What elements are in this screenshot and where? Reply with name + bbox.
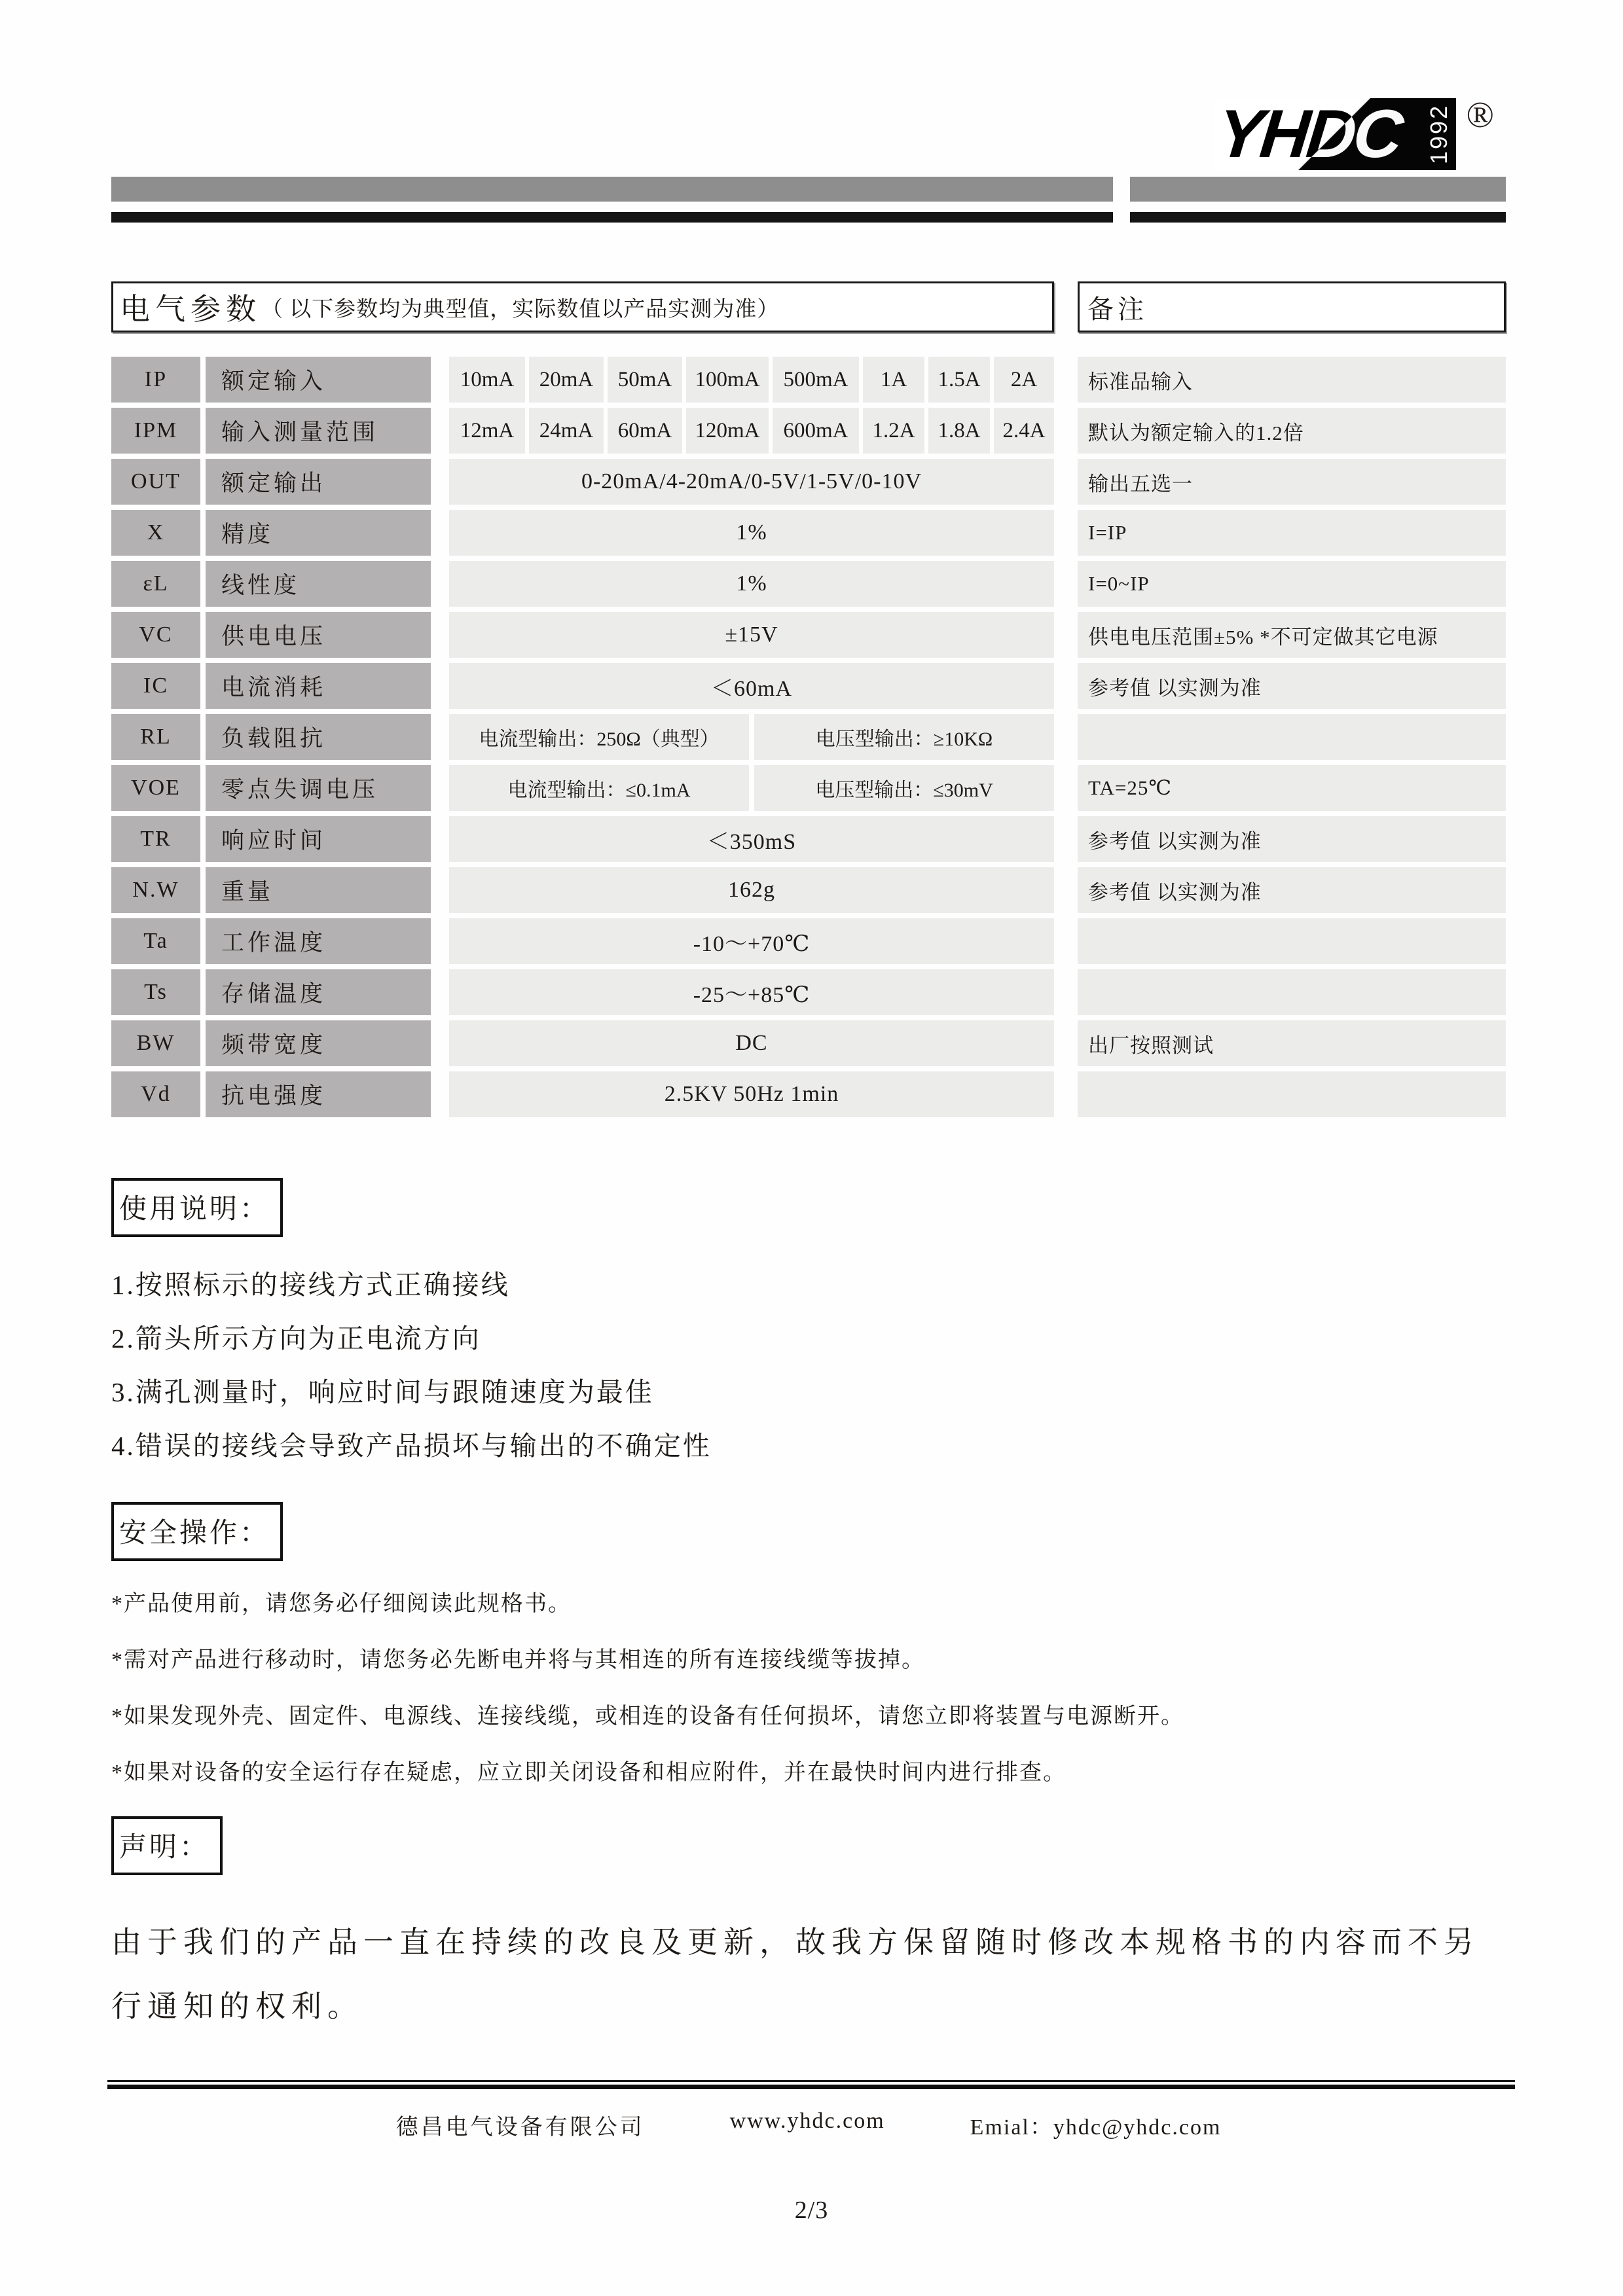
- footer-company-name: 德昌电气设备有限公司: [396, 2109, 645, 2141]
- header-gray-bar: [111, 177, 1506, 202]
- usage-item: 1.按照标示的接线方式正确接线: [111, 1268, 1512, 1301]
- statement-body: 由于我们的产品一直在持续的改良及更新，故我方保留随时修改本规格书的内容而不另行通…: [111, 1910, 1512, 2039]
- param-values: 12mA 24mA 60mA 120mA 600mA 1.2A 1.8A 2.4…: [449, 408, 1054, 454]
- electrical-params-subtitle: （ 以下参数均为典型值，实际数值以产品实测为准）: [261, 292, 779, 323]
- param-value: 2A: [994, 357, 1054, 403]
- param-remark: 出厂按照测试: [1078, 1020, 1506, 1066]
- footer-divider: [107, 2080, 1515, 2089]
- param-values: 162g: [449, 867, 1054, 913]
- param-value: ＜350mS: [449, 816, 1054, 862]
- black-bar-left-segment: [111, 212, 1113, 223]
- param-remark: 参考值 以实测为准: [1078, 867, 1506, 913]
- param-values: DC: [449, 1020, 1054, 1066]
- param-remark: [1078, 969, 1506, 1015]
- yhdc-logo-icon: YHDC 1992: [1214, 98, 1456, 170]
- usage-items: 1.按照标示的接线方式正确接线 2.箭头所示方向为正电流方向 3.满孔测量时，响…: [111, 1268, 1512, 1462]
- safety-title-box: 安全操作：: [111, 1502, 283, 1561]
- param-value: 1A: [863, 357, 924, 403]
- param-values: ＜60mA: [449, 663, 1054, 709]
- param-value: 60mA: [608, 408, 682, 454]
- table-row-voe: VOE 零点失调电压 电流型输出：≤0.1mA 电压型输出：≤30mV TA=2…: [111, 765, 1506, 811]
- footer-divider-thick-line: [107, 2085, 1515, 2089]
- param-value: 10mA: [449, 357, 525, 403]
- black-bar-right-segment: [1130, 212, 1506, 223]
- param-label: 重量: [206, 867, 431, 913]
- param-label: 额定输入: [206, 357, 431, 403]
- table-row-ipm: IPM 输入测量范围 12mA 24mA 60mA 120mA 600mA 1.…: [111, 408, 1506, 454]
- param-code: IPM: [111, 408, 200, 454]
- param-remark: I=IP: [1078, 510, 1506, 556]
- param-values: -10～+70℃: [449, 918, 1054, 964]
- param-label: 抗电强度: [206, 1071, 431, 1117]
- param-value: -10～+70℃: [449, 918, 1054, 964]
- param-value-voltage: 电压型输出：≤30mV: [754, 765, 1054, 811]
- electrical-params-title: 电气参数: [120, 285, 261, 329]
- usage-item: 4.错误的接线会导致产品损坏与输出的不确定性: [111, 1429, 1512, 1462]
- param-label: 电流消耗: [206, 663, 431, 709]
- param-label: 线性度: [206, 561, 431, 607]
- table-row-x: X 精度 1% I=IP: [111, 510, 1506, 556]
- param-label: 工作温度: [206, 918, 431, 964]
- param-value: 20mA: [529, 357, 604, 403]
- param-value: 1%: [449, 510, 1054, 556]
- param-values: 10mA 20mA 50mA 100mA 500mA 1A 1.5A 2A: [449, 357, 1054, 403]
- param-value: 1.5A: [928, 357, 990, 403]
- param-code: RL: [111, 714, 200, 760]
- param-values: ±15V: [449, 612, 1054, 658]
- param-label: 零点失调电压: [206, 765, 431, 811]
- param-values: 1%: [449, 561, 1054, 607]
- table-row-ic: IC 电流消耗 ＜60mA 参考值 以实测为准: [111, 663, 1506, 709]
- param-value: 50mA: [608, 357, 682, 403]
- footer-website-link[interactable]: www.yhdc.com: [730, 2109, 885, 2141]
- table-row-vc: VC 供电电压 ±15V 供电电压范围±5% *不可定做其它电源: [111, 612, 1506, 658]
- usage-item: 2.箭头所示方向为正电流方向: [111, 1322, 1512, 1355]
- remarks-title: 备注: [1087, 289, 1148, 326]
- param-value-current: 电流型输出：250Ω（典型）: [449, 714, 749, 760]
- param-label: 响应时间: [206, 816, 431, 862]
- param-code: OUT: [111, 459, 200, 505]
- param-values: -25～+85℃: [449, 969, 1054, 1015]
- param-value: 1%: [449, 561, 1054, 607]
- page-number: 2/3: [0, 2196, 1623, 2225]
- param-code: εL: [111, 561, 200, 607]
- usage-item: 3.满孔测量时，响应时间与跟随速度为最佳: [111, 1376, 1512, 1408]
- safety-item: *如果对设备的安全运行存在疑虑，应立即关闭设备和相应附件，并在最快时间内进行排查…: [111, 1759, 1512, 1787]
- param-remark: 标准品输入: [1078, 357, 1506, 403]
- table-row-vd: Vd 抗电强度 2.5KV 50Hz 1min: [111, 1071, 1506, 1117]
- footer-email-link[interactable]: Emial：yhdc@yhdc.com: [970, 2109, 1222, 2141]
- header-black-bar: [111, 212, 1506, 223]
- safety-items: *产品使用前，请您务必仔细阅读此规格书。 *需对产品进行移动时，请您务必先断电并…: [111, 1590, 1512, 1787]
- param-remark: [1078, 1071, 1506, 1117]
- param-label: 额定输出: [206, 459, 431, 505]
- param-value: 2.4A: [994, 408, 1054, 454]
- brand-logo: YHDC 1992 ®: [1214, 98, 1456, 170]
- param-code: Vd: [111, 1071, 200, 1117]
- param-values: 0-20mA/4-20mA/0-5V/1-5V/0-10V: [449, 459, 1054, 505]
- table-header-row: 电气参数 （ 以下参数均为典型值，实际数值以产品实测为准） 备注: [111, 281, 1506, 332]
- logo-year-text: 1992: [1422, 98, 1456, 170]
- table-row-el: εL 线性度 1% I=0~IP: [111, 561, 1506, 607]
- param-values: 1%: [449, 510, 1054, 556]
- param-label: 负载阻抗: [206, 714, 431, 760]
- param-value: 100mA: [686, 357, 769, 403]
- param-remark: [1078, 714, 1506, 760]
- param-value: -25～+85℃: [449, 969, 1054, 1015]
- table-row-nw: N.W 重量 162g 参考值 以实测为准: [111, 867, 1506, 913]
- param-code: TR: [111, 816, 200, 862]
- param-values: 电流型输出：≤0.1mA 电压型输出：≤30mV: [449, 765, 1054, 811]
- param-value: 1.2A: [863, 408, 924, 454]
- footer: 德昌电气设备有限公司 www.yhdc.com Emial：yhdc@yhdc.…: [111, 2109, 1506, 2141]
- black-bar-gap: [1113, 212, 1130, 223]
- param-code: X: [111, 510, 200, 556]
- param-values: ＜350mS: [449, 816, 1054, 862]
- param-value-current: 电流型输出：≤0.1mA: [449, 765, 749, 811]
- param-code: VOE: [111, 765, 200, 811]
- safety-item: *如果发现外壳、固定件、电源线、连接线缆，或相连的设备有任何损坏，请您立即将装置…: [111, 1702, 1512, 1731]
- param-values: 电流型输出：250Ω（典型） 电压型输出：≥10KΩ: [449, 714, 1054, 760]
- safety-item: *产品使用前，请您务必仔细阅读此规格书。: [111, 1590, 1512, 1619]
- param-value: 24mA: [529, 408, 604, 454]
- param-remark: 默认为额定输入的1.2倍: [1078, 408, 1506, 454]
- param-label: 输入测量范围: [206, 408, 431, 454]
- usage-title-box: 使用说明：: [111, 1178, 283, 1237]
- gray-bar-left-segment: [111, 177, 1113, 202]
- usage-section: 使用说明： 1.按照标示的接线方式正确接线 2.箭头所示方向为正电流方向 3.满…: [111, 1178, 1512, 1483]
- table-row-out: OUT 额定输出 0-20mA/4-20mA/0-5V/1-5V/0-10V 输…: [111, 459, 1506, 505]
- param-value: 120mA: [686, 408, 769, 454]
- gray-bar-gap: [1113, 177, 1130, 202]
- param-code: IC: [111, 663, 200, 709]
- statement-section: 声明： 由于我们的产品一直在持续的改良及更新，故我方保留随时修改本规格书的内容而…: [111, 1816, 1512, 2039]
- param-remark: TA=25℃: [1078, 765, 1506, 811]
- registered-trademark-icon: ®: [1466, 97, 1494, 134]
- param-value-voltage: 电压型输出：≥10KΩ: [754, 714, 1054, 760]
- logo-brand-text: YHDC: [1210, 98, 1426, 170]
- param-value: ＜60mA: [449, 663, 1054, 709]
- param-label: 频带宽度: [206, 1020, 431, 1066]
- param-remark: 参考值 以实测为准: [1078, 663, 1506, 709]
- safety-item: *需对产品进行移动时，请您务必先断电并将与其相连的所有连接线缆等拔掉。: [111, 1646, 1512, 1675]
- param-values: 2.5KV 50Hz 1min: [449, 1071, 1054, 1117]
- param-remark: [1078, 918, 1506, 964]
- statement-title-box: 声明：: [111, 1816, 223, 1875]
- table-row-bw: BW 频带宽度 DC 出厂按照测试: [111, 1020, 1506, 1066]
- param-label: 供电电压: [206, 612, 431, 658]
- param-value: 162g: [449, 867, 1054, 913]
- table-row-ta: Ta 工作温度 -10～+70℃: [111, 918, 1506, 964]
- param-label: 精度: [206, 510, 431, 556]
- param-code: Ts: [111, 969, 200, 1015]
- param-remark: I=0~IP: [1078, 561, 1506, 607]
- electrical-params-table: IP 额定输入 10mA 20mA 50mA 100mA 500mA 1A 1.…: [111, 357, 1506, 1122]
- param-value: 600mA: [773, 408, 859, 454]
- param-value: 500mA: [773, 357, 859, 403]
- param-label: 存储温度: [206, 969, 431, 1015]
- param-remark: 输出五选一: [1078, 459, 1506, 505]
- param-value: ±15V: [449, 612, 1054, 658]
- param-value: 1.8A: [928, 408, 990, 454]
- param-remark: 供电电压范围±5% *不可定做其它电源: [1078, 612, 1506, 658]
- param-code: VC: [111, 612, 200, 658]
- table-row-ts: Ts 存储温度 -25～+85℃: [111, 969, 1506, 1015]
- electrical-params-title-box: 电气参数 （ 以下参数均为典型值，实际数值以产品实测为准）: [111, 281, 1054, 332]
- table-row-rl: RL 负载阻抗 电流型输出：250Ω（典型） 电压型输出：≥10KΩ: [111, 714, 1506, 760]
- param-code: IP: [111, 357, 200, 403]
- safety-section: 安全操作： *产品使用前，请您务必仔细阅读此规格书。 *需对产品进行移动时，请您…: [111, 1502, 1512, 1815]
- param-remark: 参考值 以实测为准: [1078, 816, 1506, 862]
- table-row-ip: IP 额定输入 10mA 20mA 50mA 100mA 500mA 1A 1.…: [111, 357, 1506, 403]
- param-value: 2.5KV 50Hz 1min: [449, 1071, 1054, 1117]
- remarks-title-box: 备注: [1078, 281, 1506, 332]
- param-value: 12mA: [449, 408, 525, 454]
- param-value: DC: [449, 1020, 1054, 1066]
- param-value: 0-20mA/4-20mA/0-5V/1-5V/0-10V: [449, 459, 1054, 505]
- gray-bar-right-segment: [1130, 177, 1506, 202]
- table-row-tr: TR 响应时间 ＜350mS 参考值 以实测为准: [111, 816, 1506, 862]
- param-code: Ta: [111, 918, 200, 964]
- datasheet-page: YHDC 1992 ® 电气参数 （ 以下参数均为典型值，实际数值以产品实测为准…: [0, 0, 1623, 2296]
- param-code: BW: [111, 1020, 200, 1066]
- param-code: N.W: [111, 867, 200, 913]
